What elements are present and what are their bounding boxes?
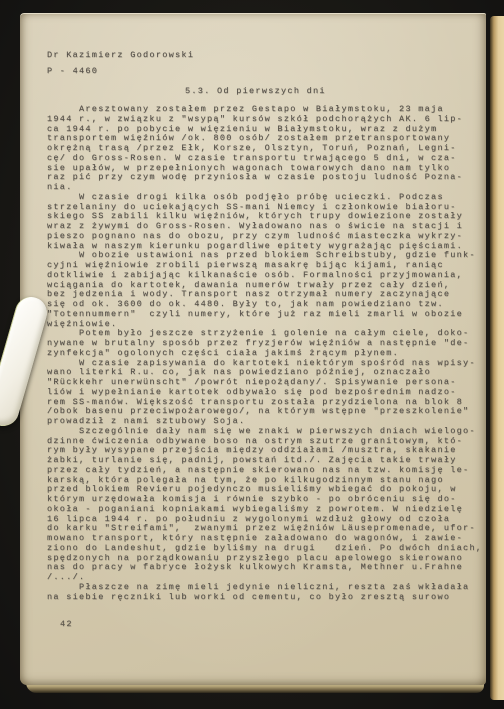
next-page-edge bbox=[490, 16, 504, 700]
page-number: 42 bbox=[60, 619, 73, 629]
scanned-page: Dr Kazimierz Godorowski P - 4460 5.3. Od… bbox=[20, 13, 486, 685]
section-title: 5.3. Od pierwszych dni bbox=[185, 86, 326, 96]
header-author: Dr Kazimierz Godorowski bbox=[47, 50, 194, 60]
header-document-number: P - 4460 bbox=[47, 66, 98, 76]
body-text: Aresztowany zostałem przez Gestapo w Bia… bbox=[47, 105, 482, 602]
